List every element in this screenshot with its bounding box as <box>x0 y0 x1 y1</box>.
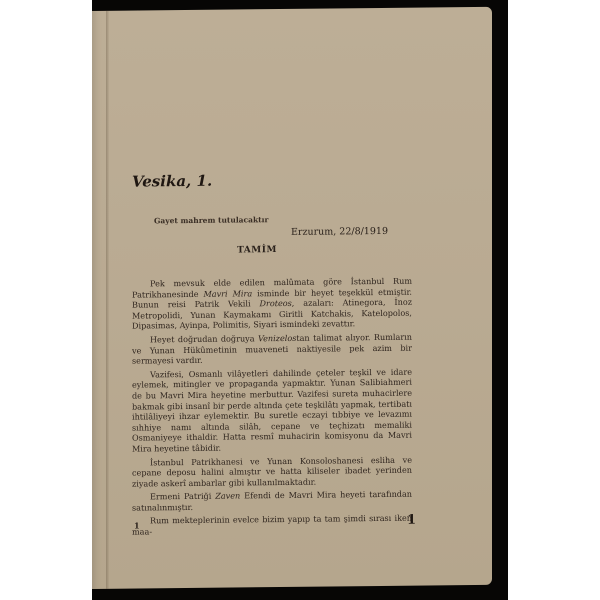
paragraph: Ermeni Patriği Zaven Efendi de Mavri Mir… <box>132 489 412 513</box>
body-text: Pek mevsuk elde edilen malûmata göre İst… <box>132 276 412 541</box>
document-heading: Vesika, 1. <box>132 172 212 191</box>
folio-left: 1 <box>134 521 140 531</box>
italic-name: Zaven <box>215 491 240 501</box>
text-run: Rum mekteplerinin evelce bizim yapıp ta … <box>132 513 412 537</box>
paragraph: Rum mekteplerinin evelce bizim yapıp ta … <box>132 513 412 537</box>
place-date: Erzurum, 22/8/1919 <box>291 226 388 238</box>
italic-name: Droteos <box>259 298 291 308</box>
paragraph: İstanbul Patrikhanesi ve Yunan Konsolosh… <box>132 454 412 489</box>
italic-name: Venizelos <box>258 333 296 343</box>
text-run: Ermeni Patriği <box>150 491 215 502</box>
text-run: İstanbul Patrikhanesi ve Yunan Konsolosh… <box>132 454 412 488</box>
text-run: Vazifesi, Osmanlı vilâyetleri dahilinde … <box>132 366 412 453</box>
page-number: 1 <box>407 513 416 528</box>
paragraph: Heyet doğrudan doğruya Venizelostan tali… <box>132 332 412 367</box>
text-run: Heyet doğrudan doğruya <box>150 333 258 344</box>
italic-name: Mavri Mira <box>203 288 252 299</box>
book-page: Vesika, 1. Gayet mahrem tutulacaktır Erz… <box>92 7 492 589</box>
confidentiality-note: Gayet mahrem tutulacaktır <box>154 215 268 225</box>
paragraph: Pek mevsuk elde edilen malûmata göre İst… <box>132 276 412 332</box>
circular-title: TAMİM <box>92 244 422 257</box>
page-content: Vesika, 1. Gayet mahrem tutulacaktır Erz… <box>92 7 492 589</box>
paragraph: Vazifesi, Osmanlı vilâyetleri dahilinde … <box>132 366 412 454</box>
